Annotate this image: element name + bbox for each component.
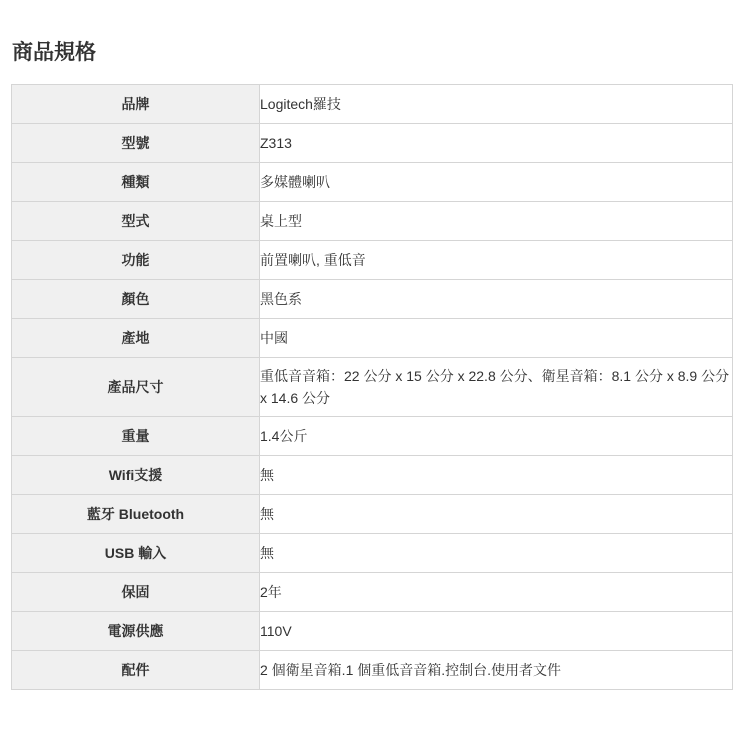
spec-value: 2年	[260, 573, 733, 612]
spec-label: 保固	[12, 573, 260, 612]
spec-label: 產品尺寸	[12, 358, 260, 417]
spec-value: 黑色系	[260, 280, 733, 319]
page-title: 商品規格	[12, 36, 96, 66]
table-row: 電源供應110V	[12, 612, 733, 651]
spec-label: 品牌	[12, 85, 260, 124]
table-row: 配件2 個衛星音箱.1 個重低音音箱.控制台.使用者文件	[12, 651, 733, 690]
table-row: 品牌Logitech羅技	[12, 85, 733, 124]
table-row: USB 輸入無	[12, 534, 733, 573]
spec-value: 110V	[260, 612, 733, 651]
spec-value: 1.4公斤	[260, 417, 733, 456]
table-row: 型號Z313	[12, 124, 733, 163]
spec-label: 種類	[12, 163, 260, 202]
spec-value: 無	[260, 495, 733, 534]
spec-label: 重量	[12, 417, 260, 456]
spec-label: Wifi支援	[12, 456, 260, 495]
spec-value: Logitech羅技	[260, 85, 733, 124]
table-row: Wifi支援無	[12, 456, 733, 495]
spec-value: 多媒體喇叭	[260, 163, 733, 202]
spec-value: 中國	[260, 319, 733, 358]
spec-label: USB 輸入	[12, 534, 260, 573]
spec-value: 前置喇叭, 重低音	[260, 241, 733, 280]
spec-label: 藍牙 Bluetooth	[12, 495, 260, 534]
spec-value: 桌上型	[260, 202, 733, 241]
table-row: 保固2年	[12, 573, 733, 612]
spec-table: 品牌Logitech羅技 型號Z313 種類多媒體喇叭 型式桌上型 功能前置喇叭…	[11, 84, 733, 690]
spec-label: 產地	[12, 319, 260, 358]
spec-label: 型號	[12, 124, 260, 163]
spec-label: 型式	[12, 202, 260, 241]
spec-value: Z313	[260, 124, 733, 163]
spec-value: 2 個衛星音箱.1 個重低音音箱.控制台.使用者文件	[260, 651, 733, 690]
table-row: 產品尺寸重低音音箱：22 公分 x 15 公分 x 22.8 公分、衛星音箱：8…	[12, 358, 733, 417]
table-row: 產地中國	[12, 319, 733, 358]
spec-label: 配件	[12, 651, 260, 690]
spec-label: 功能	[12, 241, 260, 280]
spec-label: 電源供應	[12, 612, 260, 651]
table-row: 藍牙 Bluetooth無	[12, 495, 733, 534]
spec-value: 無	[260, 534, 733, 573]
table-row: 型式桌上型	[12, 202, 733, 241]
spec-label: 顏色	[12, 280, 260, 319]
spec-value: 無	[260, 456, 733, 495]
table-row: 種類多媒體喇叭	[12, 163, 733, 202]
spec-value: 重低音音箱：22 公分 x 15 公分 x 22.8 公分、衛星音箱：8.1 公…	[260, 358, 733, 417]
table-row: 重量1.4公斤	[12, 417, 733, 456]
table-row: 功能前置喇叭, 重低音	[12, 241, 733, 280]
table-row: 顏色黑色系	[12, 280, 733, 319]
